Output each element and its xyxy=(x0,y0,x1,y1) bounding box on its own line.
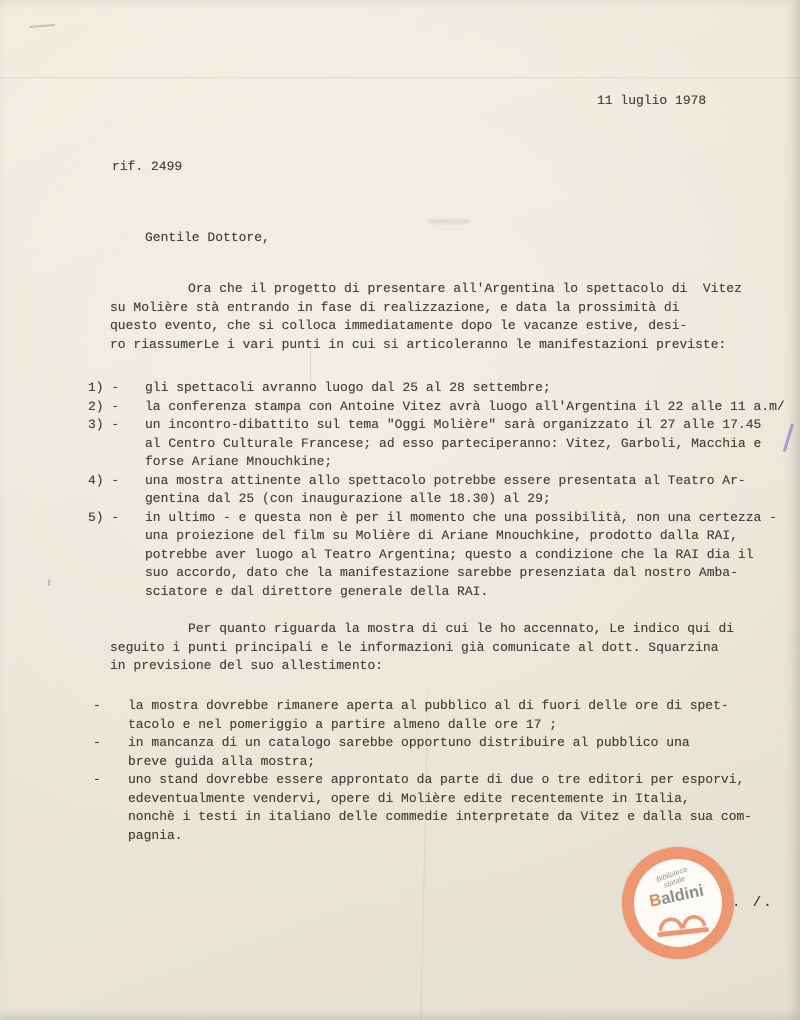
reference-number: rif. 2499 xyxy=(112,158,182,177)
item-marker: - xyxy=(93,697,128,734)
dash-item-2: - in mancanza di un catalogo sarebbe opp… xyxy=(93,734,752,771)
item-text: in mancanza di un catalogo sarebbe oppor… xyxy=(128,734,690,771)
numbered-item-1: 1) - gli spettacoli avranno luogo dal 25… xyxy=(88,379,785,398)
item-text: gli spettacoli avranno luogo dal 25 al 2… xyxy=(145,379,551,398)
item-marker: 4) - xyxy=(88,472,145,509)
item-text: la conferenza stampa con Antoine Vitez a… xyxy=(145,398,785,417)
letter-page: 11 luglio 1978 rif. 2499 Gentile Dottore… xyxy=(0,0,800,1020)
item-text: un incontro-dibattito sul tema "Oggi Mol… xyxy=(145,416,761,472)
ink-smudge xyxy=(428,219,470,224)
item-text: la mostra dovrebbe rimanere aperta al pu… xyxy=(128,697,729,734)
intro-paragraph: Ora che il progetto di presentare all'Ar… xyxy=(110,280,742,354)
continuation-mark: . /. xyxy=(732,894,774,913)
pencil-mark xyxy=(29,24,55,28)
numbered-list: 1) - gli spettacoli avranno luogo dal 25… xyxy=(88,379,785,601)
exhibition-paragraph: Per quanto riguarda la mostra di cui le … xyxy=(110,620,734,676)
item-marker: 3) - xyxy=(88,416,145,472)
numbered-item-4: 4) - una mostra attinente allo spettacol… xyxy=(88,472,785,509)
salutation: Gentile Dottore, xyxy=(145,229,270,248)
paper-crease-horizontal xyxy=(0,77,800,78)
dash-item-3: - uno stand dovrebbe essere approntato d… xyxy=(93,771,752,845)
item-text: una mostra attinente allo spettacolo pot… xyxy=(145,472,746,509)
item-marker: 1) - xyxy=(88,379,145,398)
item-text: in ultimo - e questa non è per il moment… xyxy=(145,509,777,602)
numbered-item-5: 5) - in ultimo - e questa non è per il m… xyxy=(88,509,785,602)
library-stamp: Biblioteca statale Baldini xyxy=(622,847,734,959)
item-marker: 2) - xyxy=(88,398,145,417)
item-marker: - xyxy=(93,734,128,771)
dash-list: - la mostra dovrebbe rimanere aperta al … xyxy=(93,697,752,845)
open-book-icon xyxy=(653,903,710,938)
item-text: uno stand dovrebbe essere approntato da … xyxy=(128,771,752,845)
numbered-item-3: 3) - un incontro-dibattito sul tema "Ogg… xyxy=(88,416,785,472)
numbered-item-2: 2) - la conferenza stampa con Antoine Vi… xyxy=(88,398,785,417)
item-marker: - xyxy=(93,771,128,845)
paper-speck xyxy=(48,579,51,586)
dash-item-1: - la mostra dovrebbe rimanere aperta al … xyxy=(93,697,752,734)
item-marker: 5) - xyxy=(88,509,145,602)
letter-date: 11 luglio 1978 xyxy=(597,92,706,111)
